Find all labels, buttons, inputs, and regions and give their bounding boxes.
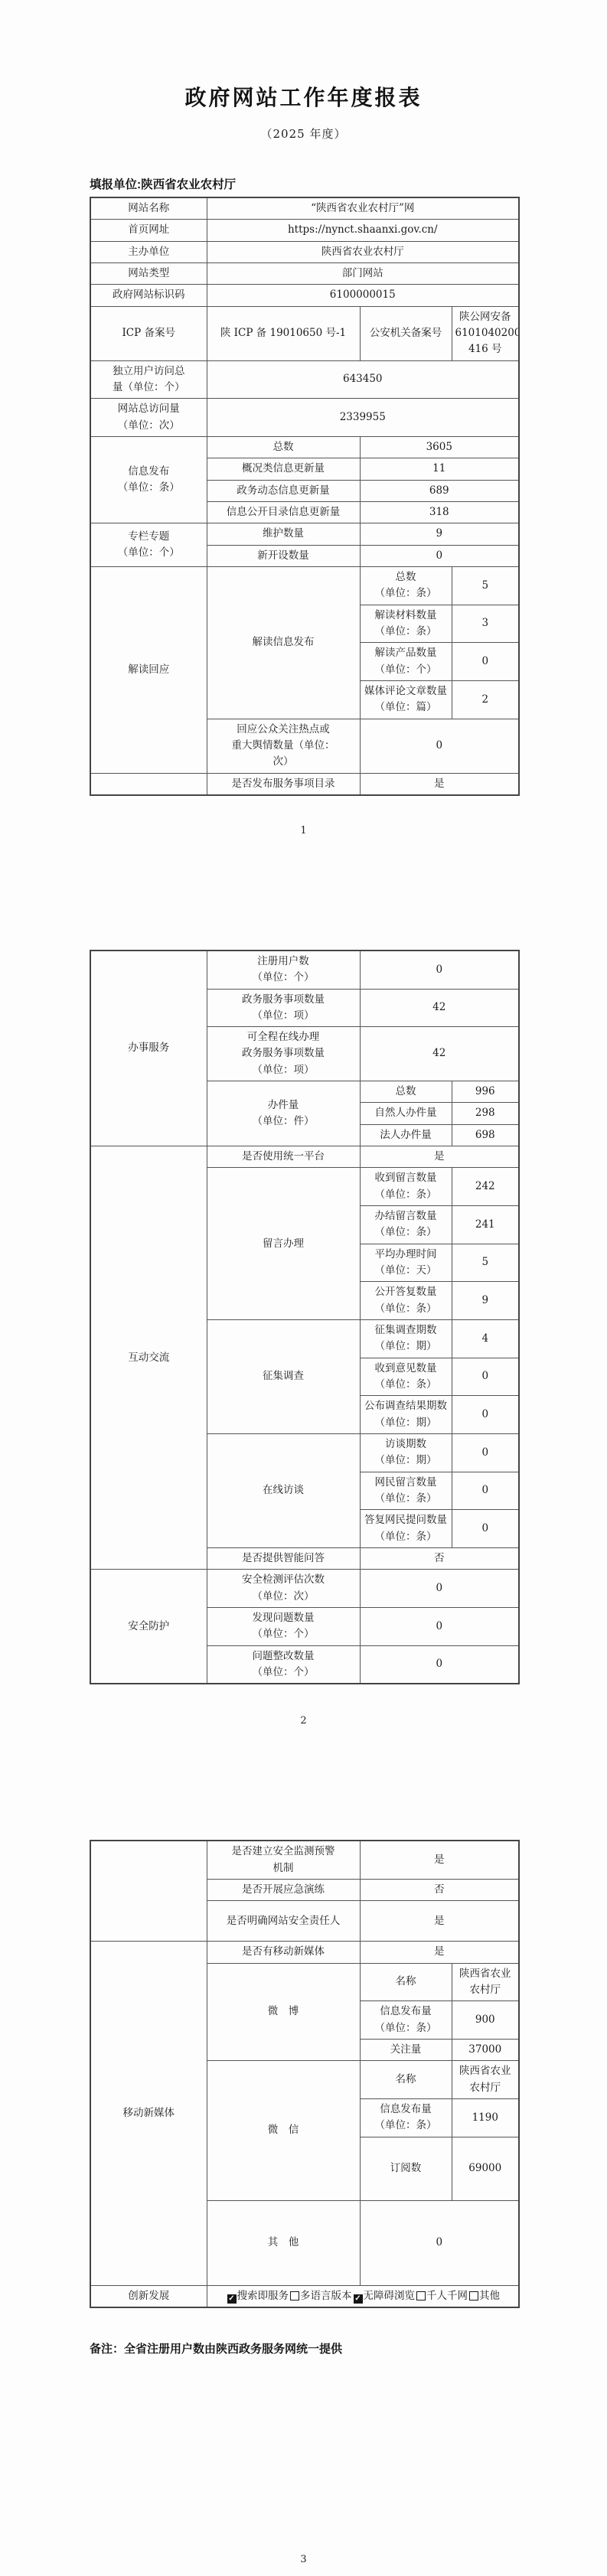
row-label-cell: 移动新媒体 [90,1942,207,2285]
table-row: 是否发布服务事项目录是 [90,773,519,795]
row-label-cell: 可全程在线办理 政务服务事项数量 （单位：项） [207,1027,360,1081]
row-label-cell: 名称 [360,2061,452,2099]
table-row: 是否建立安全监测预警 机制是 [90,1841,519,1879]
table-row: 办事服务注册用户数 （单位：个）0 [90,951,519,989]
value-cell: 0 [360,719,519,773]
table-row: 首页网址https://nynct.shaanxi.gov.cn/ [90,220,519,241]
value-cell: 2 [452,680,519,719]
value-cell: 否 [360,1879,519,1900]
report-document: 政府网站工作年度报表 （2025 年度） 填报单位:陕西省农业农村厅 网站名称“… [0,0,607,2576]
checkbox-unchecked-icon [469,2291,478,2300]
row-label-cell: 信息发布量 （单位：条） [360,2001,452,2040]
value-cell: 9 [452,1282,519,1320]
value-cell: 0 [360,1570,519,1608]
checkbox-checked-icon: ✓ [354,2294,363,2304]
value-cell: 4 [452,1320,519,1358]
value-cell: https://nynct.shaanxi.gov.cn/ [207,220,519,241]
row-label-cell: 信息公开目录信息更新量 [207,501,360,523]
value-cell: 陕 ICP 备 19010650 号-1 [207,306,360,360]
value-cell: 11 [360,458,519,480]
row-label-cell: 注册用户数 （单位：个） [207,951,360,989]
row-label-cell: 解读回应 [90,566,207,773]
row-label-cell: 留言办理 [207,1168,360,1320]
row-label-cell: 其 他 [207,2200,360,2285]
table-row: 移动新媒体是否有移动新媒体是 [90,1942,519,1963]
value-cell: 0 [360,1608,519,1646]
table-row: 网站总访问量 （单位：次）2339955 [90,399,519,437]
row-label-cell: 征集调查期数 （单位：期） [360,1320,452,1358]
innovation-option-label: 其他 [479,2290,500,2302]
row-label-cell: 办结留言数量 （单位：条） [360,1206,452,1244]
value-cell: 3605 [360,436,519,458]
row-label-cell: 总数 [207,436,360,458]
value-cell: 996 [452,1081,519,1103]
row-label-cell: 收到留言数量 （单位：条） [360,1168,452,1206]
row-label-cell: 答复网民提问数量 （单位：条） [360,1510,452,1548]
value-cell: 0 [452,1472,519,1510]
row-label-cell: 微 信 [207,2061,360,2200]
row-label-cell: 微 博 [207,1963,360,2061]
value-cell: 陕公网安备 61010402000 416 号 [452,306,519,360]
row-label-cell: 网民留言数量 （单位：条） [360,1472,452,1510]
value-cell: 0 [452,1396,519,1434]
row-label-cell: 问题整改数量 （单位：个） [207,1645,360,1684]
row-label-cell: 是否建立安全监测预警 机制 [207,1841,360,1879]
row-label-cell: 政府网站标识码 [90,285,207,306]
note: 备注：全省注册用户数由陕西政务服务网统一提供 [90,2340,607,2356]
value-cell: 部门网站 [207,262,519,284]
value-cell: 否 [360,1548,519,1570]
table-row: 独立用户访问总 量（单位：个）643450 [90,360,519,399]
row-label-cell: 公布调查结果期数 （单位：期） [360,1396,452,1434]
row-label-cell: 订阅数 [360,2137,452,2200]
value-cell: 318 [360,501,519,523]
table-row: 创新发展✓搜索即服务多语言版本✓无障碍浏览千人千网其他 [90,2285,519,2307]
row-label-cell: 互动交流 [90,1146,207,1570]
value-cell: 0 [360,951,519,989]
row-label-cell: 征集调查 [207,1320,360,1434]
row-label-cell: 公开答复数量 （单位：条） [360,1282,452,1320]
security-newmedia-innovation-table: 是否建立安全监测预警 机制是是否开展应急演练否是否明确网站安全责任人是移动新媒体… [90,1840,520,2308]
value-cell: 0 [452,1358,519,1396]
table-row: 互动交流是否使用统一平台是 [90,1146,519,1168]
table-row: 主办单位陕西省农业农村厅 [90,241,519,262]
table-row: 网站名称“陕西省农业农村厅”网 [90,197,519,220]
row-label-cell: 专栏专题 （单位：个） [90,523,207,567]
table-row: 安全防护安全检测评估次数 （单位：次）0 [90,1570,519,1608]
basic-info-table: 网站名称“陕西省农业农村厅”网首页网址https://nynct.shaanxi… [90,197,520,796]
row-label-cell: 解读材料数量 （单位：条） [360,605,452,643]
value-cell: 0 [360,2200,519,2285]
value-cell: 3 [452,605,519,643]
row-label-cell: 关注量 [360,2039,452,2060]
row-label-cell: 信息发布量 （单位：条） [360,2098,452,2137]
table-row: 解读回应解读信息发布总数 （单位：条）5 [90,566,519,605]
value-cell: 5 [452,566,519,605]
table-row: 专栏专题 （单位：个）维护数量9 [90,523,519,545]
innovation-option-label: 多语言版本 [300,2290,352,2302]
row-label-cell: 政务服务事项数量 （单位：项） [207,989,360,1027]
innovation-options-cell: ✓搜索即服务多语言版本✓无障碍浏览千人千网其他 [207,2285,519,2307]
row-label-cell: 发现问题数量 （单位：个） [207,1608,360,1646]
value-cell: 37000 [452,2039,519,2060]
page-number: 3 [0,2554,607,2576]
row-label-cell [90,1841,207,1941]
innovation-option-label: 无障碍浏览 [364,2290,416,2302]
row-label-cell: 政务动态信息更新量 [207,480,360,501]
value-cell: 0 [452,1510,519,1548]
value-cell: 689 [360,480,519,501]
value-cell: 298 [452,1103,519,1124]
innovation-option-label: 千人千网 [426,2290,468,2302]
row-label-cell: 解读产品数量 （单位：个） [360,643,452,681]
row-label-cell: 在线访谈 [207,1434,360,1548]
row-label-cell: 总数 [360,1081,452,1103]
row-label-cell: ICP 备案号 [90,306,207,360]
row-label-cell: 回应公众关注热点或 重大舆情数量（单位： 次） [207,719,360,773]
table-row: 信息发布 （单位：条）总数3605 [90,436,519,458]
value-cell: 是 [360,1901,519,1942]
row-label-cell: 是否提供智能问答 [207,1548,360,1570]
row-label-cell: 维护数量 [207,523,360,545]
row-label-cell: 概况类信息更新量 [207,458,360,480]
value-cell: 是 [360,1942,519,1963]
row-label-cell: 网站名称 [90,197,207,220]
checkbox-unchecked-icon [416,2291,426,2300]
row-label-cell: 访谈期数 （单位：期） [360,1434,452,1472]
page-number: 2 [0,1715,607,1727]
row-label-cell: 安全防护 [90,1570,207,1684]
value-cell: 2339955 [207,399,519,437]
row-label-cell: 办事服务 [90,951,207,1146]
table-row: 网站类型部门网站 [90,262,519,284]
row-label-cell: 法人办件量 [360,1124,452,1146]
row-label-cell: 名称 [360,1963,452,2001]
row-label-cell: 是否发布服务事项目录 [207,773,360,795]
checkbox-unchecked-icon [290,2291,299,2300]
row-label-cell: 媒体评论文章数量 （单位：篇） [360,680,452,719]
checkbox-checked-icon: ✓ [227,2294,237,2304]
table-row: 政府网站标识码6100000015 [90,285,519,306]
row-label-cell: 办件量 （单位：件） [207,1081,360,1146]
row-label-cell: 是否开展应急演练 [207,1879,360,1900]
row-label-cell: 是否使用统一平台 [207,1146,360,1168]
row-label-cell: 总数 （单位：条） [360,566,452,605]
row-label-cell: 首页网址 [90,220,207,241]
value-cell: 69000 [452,2137,519,2200]
value-cell: 是 [360,1841,519,1879]
row-label-cell: 是否明确网站安全责任人 [207,1901,360,1942]
row-label-cell: 安全检测评估次数 （单位：次） [207,1570,360,1608]
value-cell: 42 [360,1027,519,1081]
row-label-cell [90,773,207,795]
value-cell: 是 [360,773,519,795]
value-cell: 0 [452,643,519,681]
row-label-cell: 解读信息发布 [207,566,360,719]
value-cell: 0 [360,545,519,566]
value-cell: 42 [360,989,519,1027]
value-cell: 陕西省农业农村厅 [207,241,519,262]
value-cell: 1190 [452,2098,519,2137]
row-label-cell: 网站类型 [90,262,207,284]
row-label-cell: 收到意见数量 （单位：条） [360,1358,452,1396]
row-label-cell: 平均办理时间 （单位：天） [360,1244,452,1282]
page-subtitle: （2025 年度） [0,126,607,142]
value-cell: 241 [452,1206,519,1244]
row-label-cell: 新开设数量 [207,545,360,566]
value-cell: 0 [360,1645,519,1684]
value-cell: 9 [360,523,519,545]
value-cell: 698 [452,1124,519,1146]
row-label-cell: 网站总访问量 （单位：次） [90,399,207,437]
value-cell: 5 [452,1244,519,1282]
value-cell: 是 [360,1146,519,1168]
row-label-cell: 主办单位 [90,241,207,262]
value-cell: 陕西省农业农村厅 [452,1963,519,2001]
row-label-cell: 独立用户访问总 量（单位：个） [90,360,207,399]
row-label-cell: 创新发展 [90,2285,207,2307]
service-interaction-security-table: 办事服务注册用户数 （单位：个）0政务服务事项数量 （单位：项）42可全程在线办… [90,950,520,1684]
row-label-cell: 是否有移动新媒体 [207,1942,360,1963]
value-cell: 643450 [207,360,519,399]
table-row: ICP 备案号陕 ICP 备 19010650 号-1公安机关备案号陕公网安备 … [90,306,519,360]
value-cell: 242 [452,1168,519,1206]
value-cell: 0 [452,1434,519,1472]
row-label-cell: 公安机关备案号 [360,306,452,360]
innovation-option-label: 搜索即服务 [237,2290,289,2302]
value-cell: 900 [452,2001,519,2040]
value-cell: 6100000015 [207,285,519,306]
page-number: 1 [0,825,607,836]
row-label-cell: 信息发布 （单位：条） [90,436,207,523]
page-title: 政府网站工作年度报表 [0,81,607,112]
value-cell: 陕西省农业农村厅 [452,2061,519,2099]
row-label-cell: 自然人办件量 [360,1103,452,1124]
value-cell: “陕西省农业农村厅”网 [207,197,519,220]
reporting-unit: 填报单位:陕西省农业农村厅 [90,175,607,192]
